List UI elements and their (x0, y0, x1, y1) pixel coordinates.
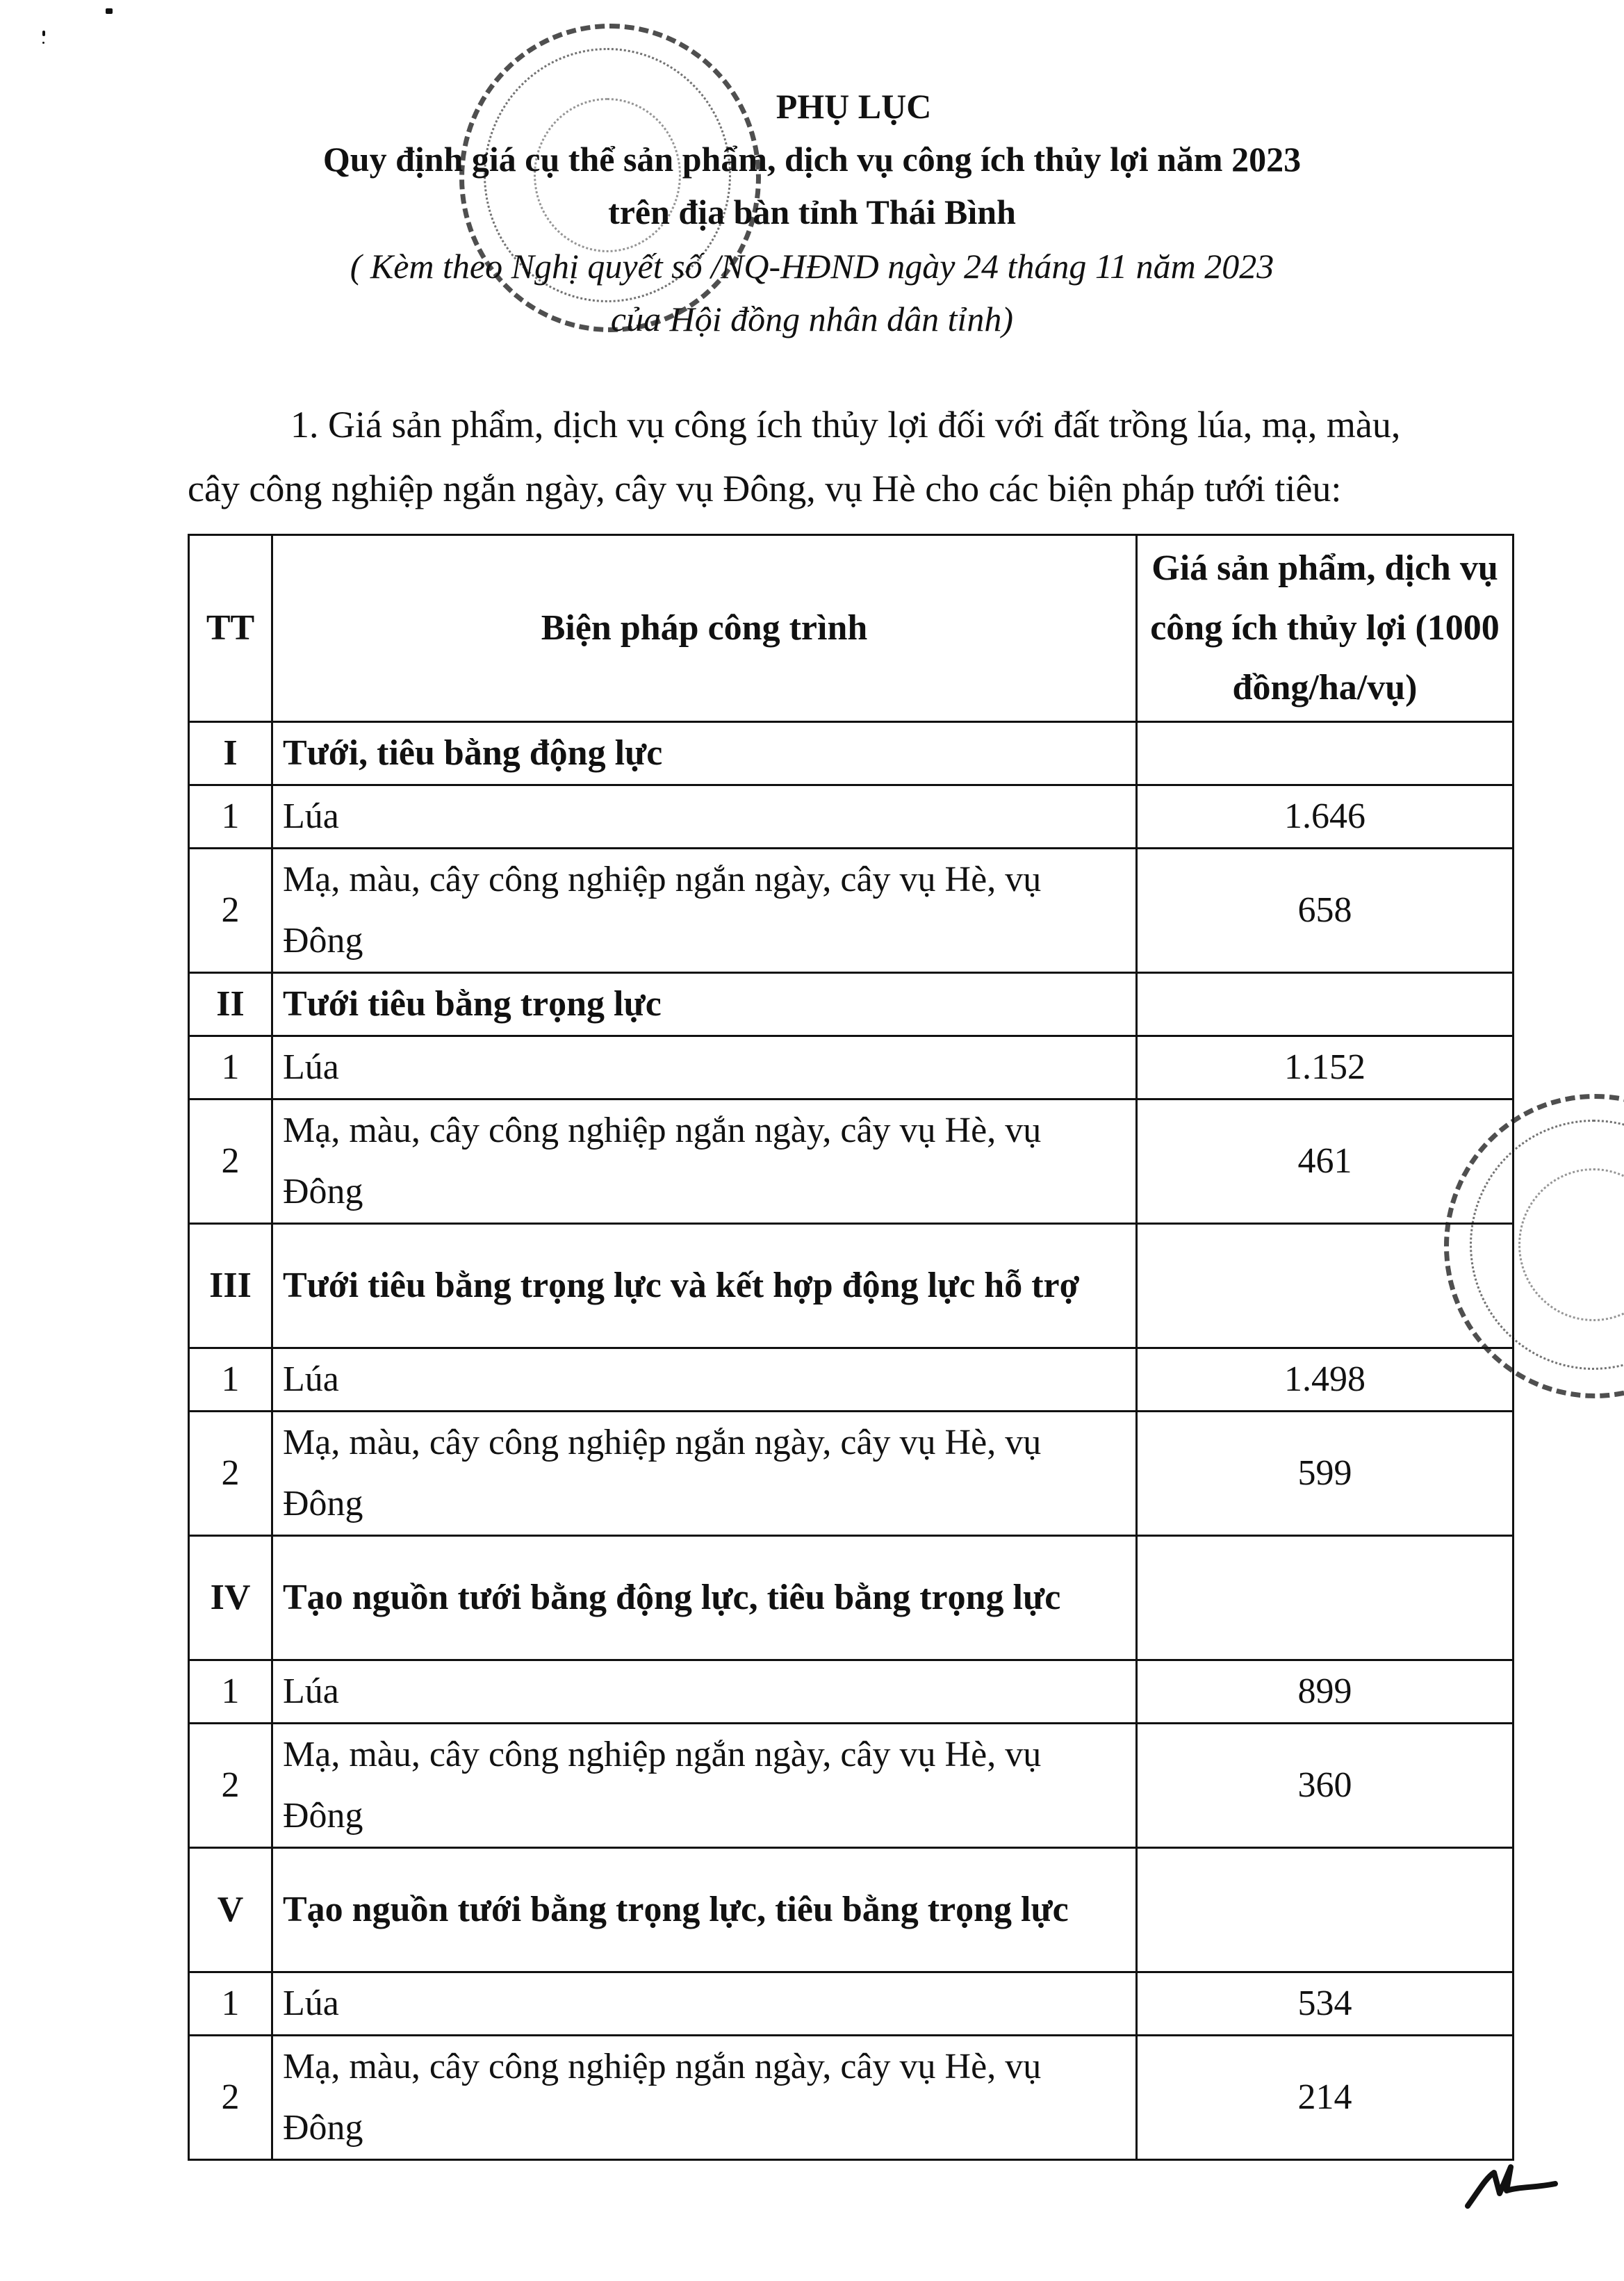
item-crop: Mạ, màu, cây công nghiệp ngắn ngày, cây … (272, 849, 1137, 973)
scan-speck (42, 31, 45, 36)
item-price: 1.498 (1137, 1348, 1514, 1412)
scan-speck (42, 42, 44, 44)
item-number: 2 (189, 2036, 272, 2160)
item-price: 658 (1137, 849, 1514, 973)
appendix-title: PHỤ LỤC (0, 86, 1624, 126)
table-row: 2Mạ, màu, cây công nghiệp ngắn ngày, cây… (189, 1099, 1514, 1224)
section-row: ITưới, tiêu bằng động lực (189, 722, 1514, 785)
column-header-price: Giá sản phẩm, dịch vụ công ích thủy lợi … (1137, 535, 1514, 722)
item-crop: Mạ, màu, cây công nghiệp ngắn ngày, cây … (272, 2036, 1137, 2160)
section-number: I (189, 722, 272, 785)
table-row: 1Lúa534 (189, 1972, 1514, 2036)
table-row: 2Mạ, màu, cây công nghiệp ngắn ngày, cây… (189, 1724, 1514, 1848)
section-row: IITưới tiêu bằng trọng lực (189, 973, 1514, 1036)
section-row: IIITưới tiêu bằng trọng lực và kết hợp đ… (189, 1224, 1514, 1348)
table-row: 2Mạ, màu, cây công nghiệp ngắn ngày, cây… (189, 2036, 1514, 2160)
item-number: 1 (189, 1660, 272, 1724)
item-number: 1 (189, 785, 272, 849)
table-row: 1Lúa1.498 (189, 1348, 1514, 1412)
table-header-row: TT Biện pháp công trình Giá sản phẩm, dị… (189, 535, 1514, 722)
section-name: Tạo nguồn tưới bằng động lực, tiêu bằng … (272, 1536, 1137, 1660)
section-number: V (189, 1848, 272, 1972)
item-price: 1.646 (1137, 785, 1514, 849)
item-number: 1 (189, 1348, 272, 1412)
column-header-measure: Biện pháp công trình (272, 535, 1137, 722)
table-row: 1Lúa1.152 (189, 1036, 1514, 1099)
item-price: 360 (1137, 1724, 1514, 1848)
item-price: 899 (1137, 1660, 1514, 1724)
section-name: Tưới tiêu bằng trọng lực (272, 973, 1137, 1036)
item-crop: Lúa (272, 1972, 1137, 2036)
item-crop: Lúa (272, 785, 1137, 849)
intro-paragraph-line2: cây công nghiệp ngắn ngày, cây vụ Đông, … (188, 467, 1341, 510)
item-number: 2 (189, 1724, 272, 1848)
item-crop: Mạ, màu, cây công nghiệp ngắn ngày, cây … (272, 1412, 1137, 1536)
item-crop: Mạ, màu, cây công nghiệp ngắn ngày, cây … (272, 1724, 1137, 1848)
section-name: Tạo nguồn tưới bằng trọng lực, tiêu bằng… (272, 1848, 1137, 1972)
item-crop: Mạ, màu, cây công nghiệp ngắn ngày, cây … (272, 1099, 1137, 1224)
item-price: 214 (1137, 2036, 1514, 2160)
item-crop: Lúa (272, 1348, 1137, 1412)
section-price-empty (1137, 1536, 1514, 1660)
scan-speck (106, 8, 113, 14)
item-price: 461 (1137, 1099, 1514, 1224)
section-price-empty (1137, 1848, 1514, 1972)
item-price: 599 (1137, 1412, 1514, 1536)
item-crop: Lúa (272, 1660, 1137, 1724)
table-body: ITưới, tiêu bằng động lực1Lúa1.6462Mạ, m… (189, 722, 1514, 2160)
column-header-tt: TT (189, 535, 272, 722)
section-name: Tưới, tiêu bằng động lực (272, 722, 1137, 785)
item-crop: Lúa (272, 1036, 1137, 1099)
section-price-empty (1137, 973, 1514, 1036)
section-price-empty (1137, 1224, 1514, 1348)
attachment-reference-line2: của Hội đồng nhân dân tỉnh) (0, 299, 1624, 339)
section-number: III (189, 1224, 272, 1348)
item-number: 1 (189, 1036, 272, 1099)
table-row: 1Lúa1.646 (189, 785, 1514, 849)
section-number: IV (189, 1536, 272, 1660)
attachment-reference-line1: ( Kèm theo Nghị quyết số /NQ-HĐND ngày 2… (0, 246, 1624, 286)
section-name: Tưới tiêu bằng trọng lực và kết hợp động… (272, 1224, 1137, 1348)
item-price: 1.152 (1137, 1036, 1514, 1099)
section-row: VTạo nguồn tưới bằng trọng lực, tiêu bằn… (189, 1848, 1514, 1972)
item-number: 2 (189, 1412, 272, 1536)
item-number: 1 (189, 1972, 272, 2036)
signature-icon (1465, 2163, 1569, 2211)
intro-paragraph-line1: 1. Giá sản phẩm, dịch vụ công ích thủy l… (290, 403, 1400, 446)
section-row: IVTạo nguồn tưới bằng động lực, tiêu bằn… (189, 1536, 1514, 1660)
item-number: 2 (189, 849, 272, 973)
section-number: II (189, 973, 272, 1036)
irrigation-price-table: TT Biện pháp công trình Giá sản phẩm, dị… (188, 534, 1514, 2161)
section-price-empty (1137, 722, 1514, 785)
item-number: 2 (189, 1099, 272, 1224)
table-row: 2Mạ, màu, cây công nghiệp ngắn ngày, cây… (189, 1412, 1514, 1536)
table-row: 2Mạ, màu, cây công nghiệp ngắn ngày, cây… (189, 849, 1514, 973)
appendix-subtitle-line2: trên địa bàn tỉnh Thái Bình (0, 192, 1624, 232)
appendix-subtitle-line1: Quy định giá cụ thể sản phẩm, dịch vụ cô… (0, 139, 1624, 179)
table-row: 1Lúa899 (189, 1660, 1514, 1724)
item-price: 534 (1137, 1972, 1514, 2036)
